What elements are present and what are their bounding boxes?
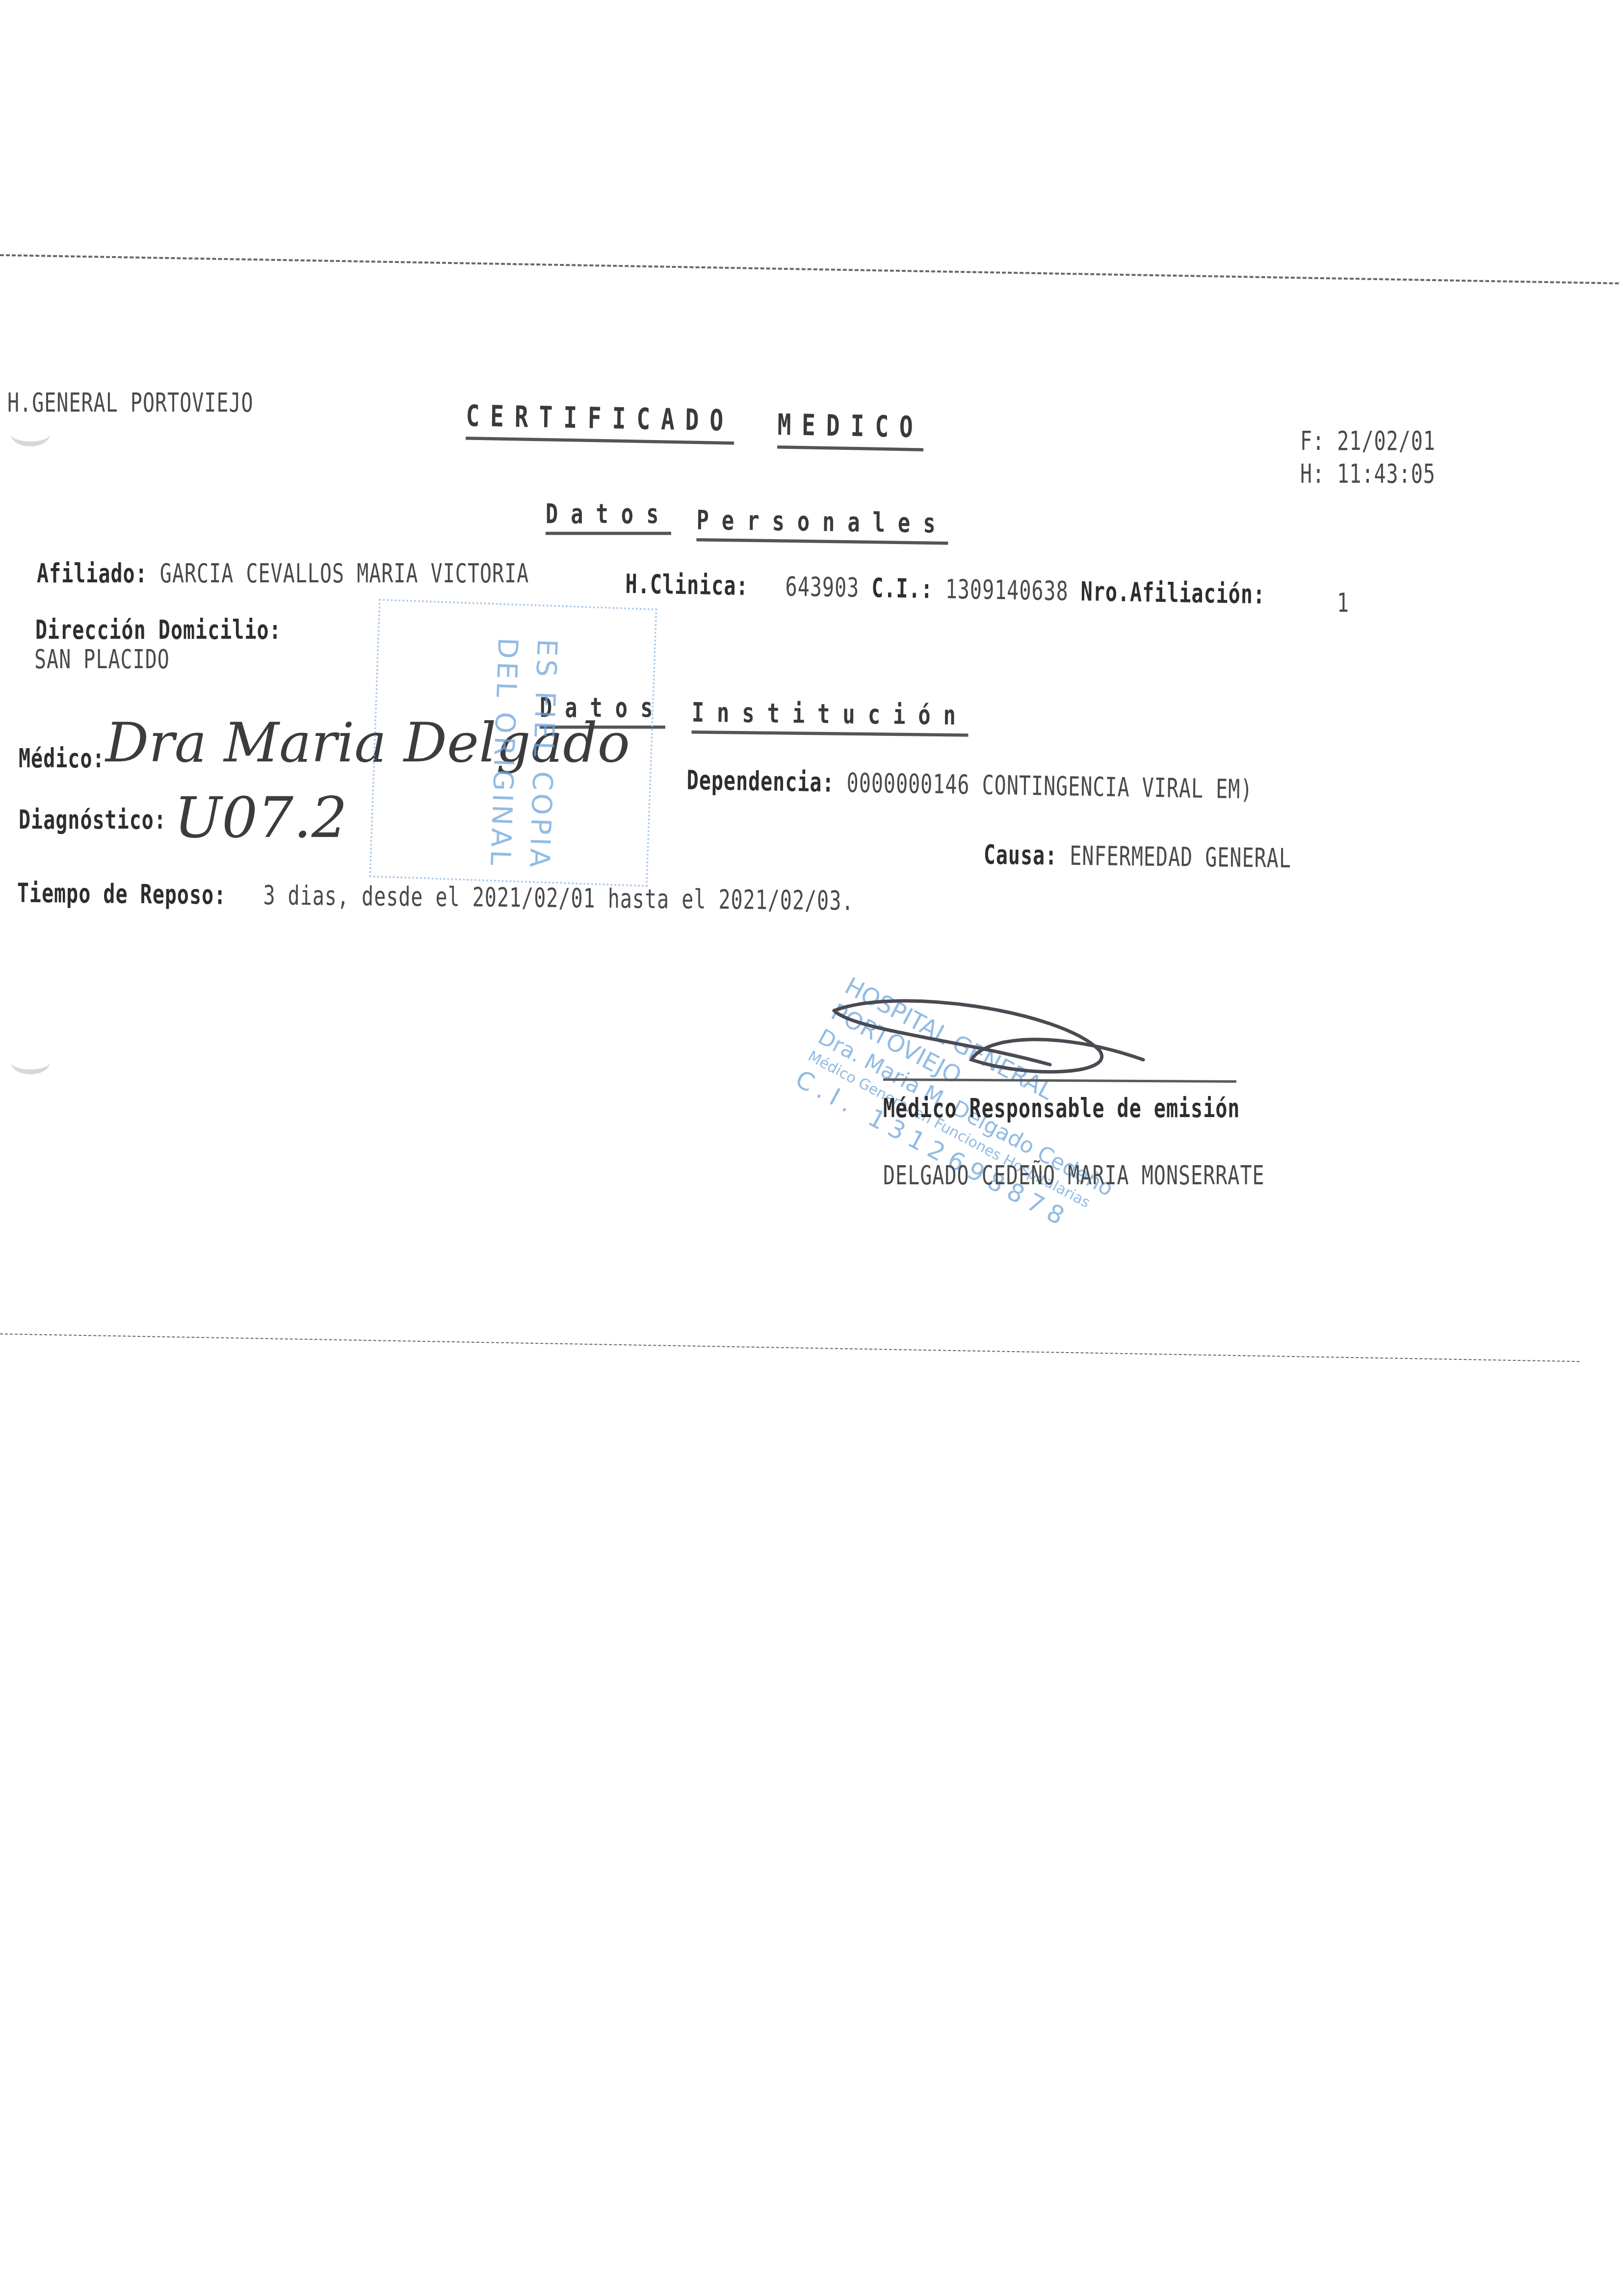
- title-medico: MEDICO: [777, 407, 924, 451]
- punch-hole-middle: [11, 1050, 50, 1074]
- issue-time: H: 11:43:05: [1300, 459, 1436, 489]
- section-datos-institucion-word2: Institución: [691, 697, 969, 737]
- causa-row: Causa: ENFERMEDAD GENERAL: [984, 840, 1291, 874]
- afiliado-label: Afiliado:: [37, 558, 148, 589]
- causa-value: ENFERMEDAD GENERAL: [1070, 841, 1291, 874]
- causa-label: Causa:: [984, 840, 1058, 871]
- punch-hole-top: [11, 422, 50, 446]
- signature-caption: Médico Responsable de emisión: [883, 1093, 1240, 1123]
- nro-afiliacion-label: Nro.Afiliación:: [1080, 576, 1265, 610]
- direccion-label: Dirección Domicilio:: [35, 615, 282, 645]
- dependencia-row: Dependencia: 0000000146 CONTINGENCIA VIR…: [686, 765, 1253, 805]
- diagnostico-handwritten: U07.2: [174, 785, 347, 851]
- diagnostico-label: Diagnóstico:: [19, 805, 166, 835]
- hospital-name: H.GENERAL PORTOVIEJO: [7, 388, 254, 418]
- hclinica-row: H.Clinica: 643903 C.I.: 1309140638 Nro.A…: [625, 569, 1265, 610]
- medico-label: Médico:: [19, 743, 105, 774]
- section-datos-personales-word1: Datos: [546, 498, 671, 535]
- ci-value: 1309140638: [945, 574, 1069, 607]
- direccion-value: SAN PLACIDO: [34, 644, 170, 675]
- perforation-line-top: [0, 254, 1619, 285]
- time-label: H:: [1300, 459, 1325, 489]
- issue-date: F: 21/02/01: [1300, 426, 1436, 456]
- ci-label: C.I.:: [871, 573, 933, 604]
- signature-name: DELGADO CEDEÑO MARIA MONSERRATE: [883, 1160, 1265, 1191]
- dependencia-label: Dependencia:: [686, 765, 835, 798]
- copy-stamp: ES FIEL COPIA DEL ORIGINAL: [343, 578, 678, 904]
- title-certificado: CERTIFICADO: [466, 398, 734, 444]
- time-value: 11:43:05: [1337, 459, 1436, 489]
- perforation-line-bottom: [0, 1333, 1580, 1362]
- hclinica-value: 643903: [785, 572, 859, 603]
- date-label: F:: [1300, 426, 1325, 456]
- date-value: 21/02/01: [1337, 426, 1436, 456]
- signature-scribble: [824, 981, 1168, 1104]
- reposo-label: Tiempo de Reposo:: [17, 878, 227, 911]
- section-datos-personales-word2: Personales: [696, 504, 948, 545]
- nro-afiliacion-value: 1: [1337, 588, 1349, 618]
- dependencia-value: 0000000146 CONTINGENCIA VIRAL EM): [846, 768, 1253, 805]
